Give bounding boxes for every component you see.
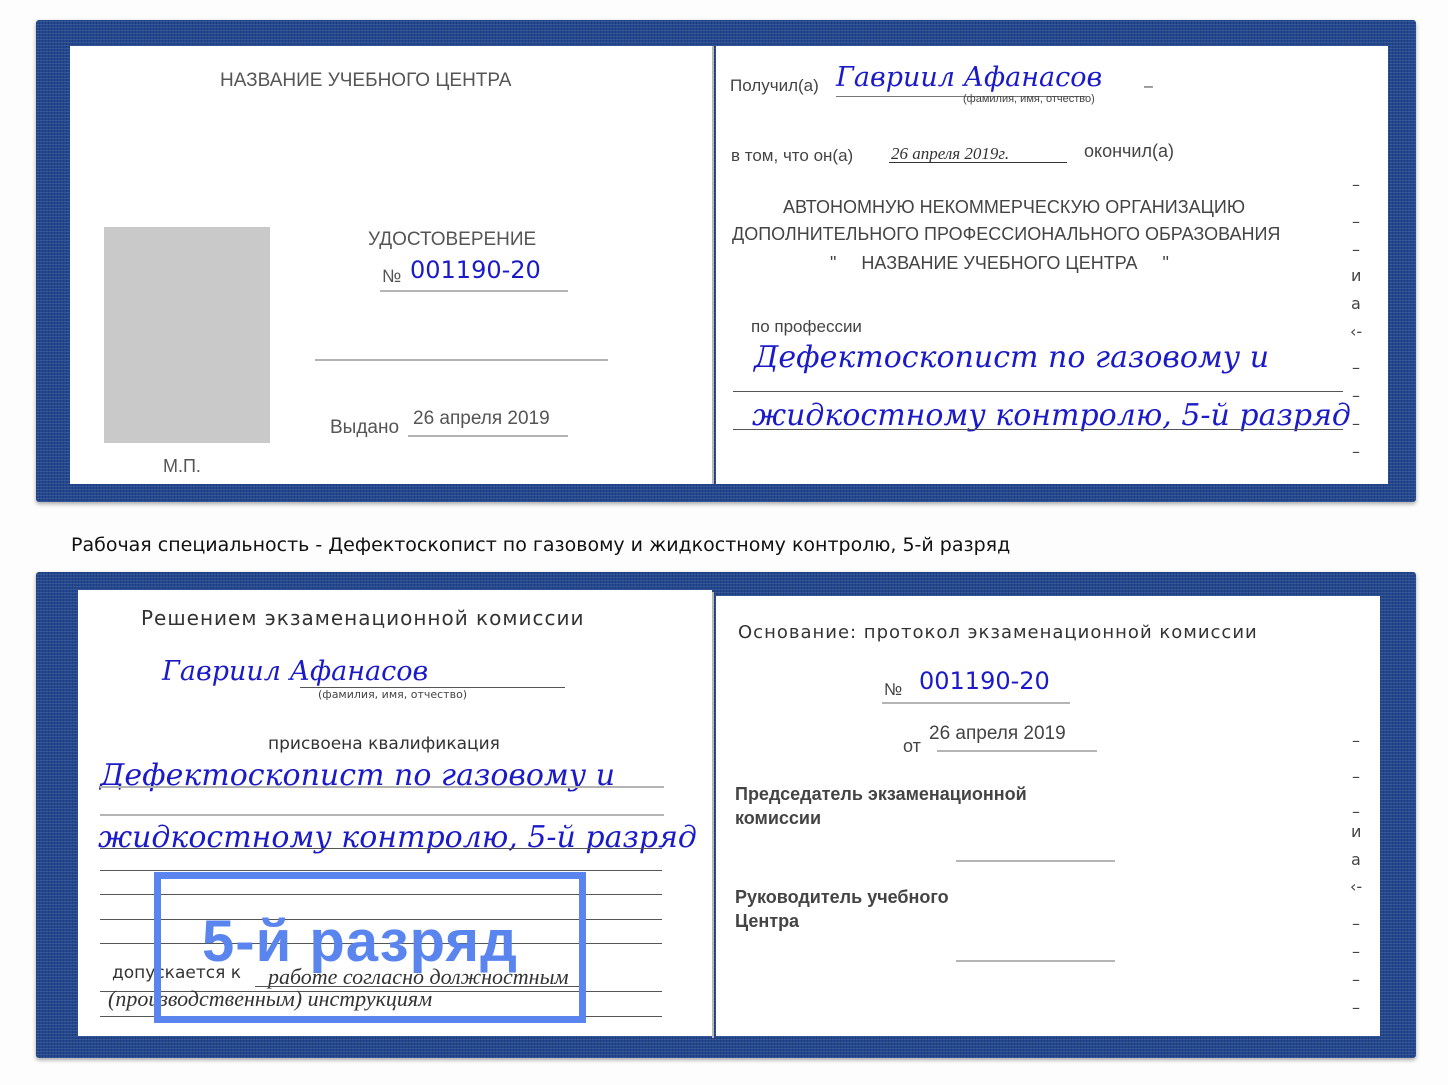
person-name: Гавриил Афанасов (162, 656, 428, 687)
finished-label: окончил(а) (1084, 141, 1174, 162)
profession-line-2: жидкостному контролю, 5-й разряд (752, 398, 1351, 433)
profession-line-1: Дефектоскопист по газовому и (754, 340, 1269, 375)
protocol-date-label: от (903, 736, 921, 757)
completion-date: 26 апреля 2019г. (891, 144, 1009, 164)
certificate-number: 001190-20 (410, 256, 541, 284)
blank-line (315, 359, 608, 361)
grade-stamp-text: 5-й разряд (202, 908, 518, 975)
head-label-1: Руководитель учебного (735, 887, 949, 908)
person-name-hint: (фамилия, имя, отчество) (318, 688, 467, 701)
edge-mark: а (1351, 850, 1361, 869)
qualification-underline-2 (100, 814, 664, 816)
edge-mark: а (1351, 294, 1361, 313)
edge-mark: – (1352, 175, 1360, 194)
edge-mark: – (1352, 767, 1360, 786)
protocol-date: 26 апреля 2019 (929, 723, 1066, 745)
doc-title: УДОСТОВЕРЕНИЕ (368, 229, 536, 251)
org-line-1: АВТОНОМНУЮ НЕКОММЕРЧЕСКУЮ ОРГАНИЗАЦИЮ (783, 197, 1245, 218)
head-signature-line (956, 960, 1115, 962)
profession-underline-1 (733, 391, 1343, 392)
stamp-place: М.П. (163, 456, 201, 477)
edge-mark: – (1352, 442, 1360, 461)
number-underline (380, 290, 568, 292)
chairman-signature-line (956, 860, 1115, 862)
edge-mark: ‹- (1350, 877, 1362, 896)
recipient-name: Гавриил Афанасов (836, 62, 1102, 93)
protocol-date-underline (937, 750, 1097, 752)
spine-top (712, 46, 714, 484)
head-label-2: Центра (735, 911, 799, 932)
edge-mark: – (1352, 998, 1360, 1017)
issued-label: Выдано (330, 417, 399, 439)
basis-heading: Основание: протокол экзаменационной коми… (738, 622, 1258, 643)
org-line-3: " НАЗВАНИЕ УЧЕБНОГО ЦЕНТРА " (830, 253, 1169, 274)
edge-mark: – (1352, 914, 1360, 933)
edge-mark: – (1352, 212, 1360, 231)
qualification-label: присвоена квалификация (268, 734, 500, 754)
commission-heading: Решением экзаменационной комиссии (141, 606, 584, 630)
qualification-line-2: жидкостному контролю, 5-й разряд (98, 820, 697, 855)
protocol-number: 001190-20 (919, 667, 1050, 695)
edge-mark: – (1352, 386, 1360, 405)
dash-mark: – (1144, 78, 1153, 96)
form-line (100, 870, 662, 871)
edge-mark: – (1352, 802, 1360, 821)
protocol-number-label: № (884, 680, 902, 700)
completion-underline (889, 162, 1067, 163)
chairman-label-2: комиссии (735, 808, 821, 829)
qualification-underline-1 (100, 786, 664, 788)
received-label: Получил(а) (730, 76, 819, 96)
specialty-caption: Рабочая специальность - Дефектоскопист п… (71, 534, 1010, 556)
recipient-name-hint: (фамилия, имя, отчество) (963, 93, 1095, 105)
edge-mark: ‹- (1350, 322, 1362, 341)
center-name: НАЗВАНИЕ УЧЕБНОГО ЦЕНТРА (220, 70, 512, 92)
profession-label: по профессии (751, 317, 862, 337)
edge-mark: – (1352, 240, 1360, 259)
chairman-label-1: Председатель экзаменационной (735, 784, 1027, 805)
issued-underline (408, 435, 568, 437)
spine-bottom (712, 592, 714, 1038)
that-label: в том, что он(а) (731, 146, 853, 166)
edge-mark: – (1352, 970, 1360, 989)
photo-placeholder (104, 227, 270, 443)
edge-mark: – (1352, 942, 1360, 961)
org-line-2: ДОПОЛНИТЕЛЬНОГО ПРОФЕССИОНАЛЬНОГО ОБРАЗО… (732, 224, 1280, 245)
number-label: № (382, 266, 401, 287)
edge-mark: и (1351, 266, 1361, 285)
edge-mark: – (1352, 731, 1360, 750)
edge-mark: – (1352, 414, 1360, 433)
edge-mark: – (1352, 358, 1360, 377)
profession-underline-2 (733, 429, 1343, 430)
issued-date: 26 апреля 2019 (413, 408, 550, 430)
edge-mark: и (1351, 822, 1361, 841)
protocol-number-underline (882, 702, 1070, 704)
form-line (100, 848, 662, 849)
